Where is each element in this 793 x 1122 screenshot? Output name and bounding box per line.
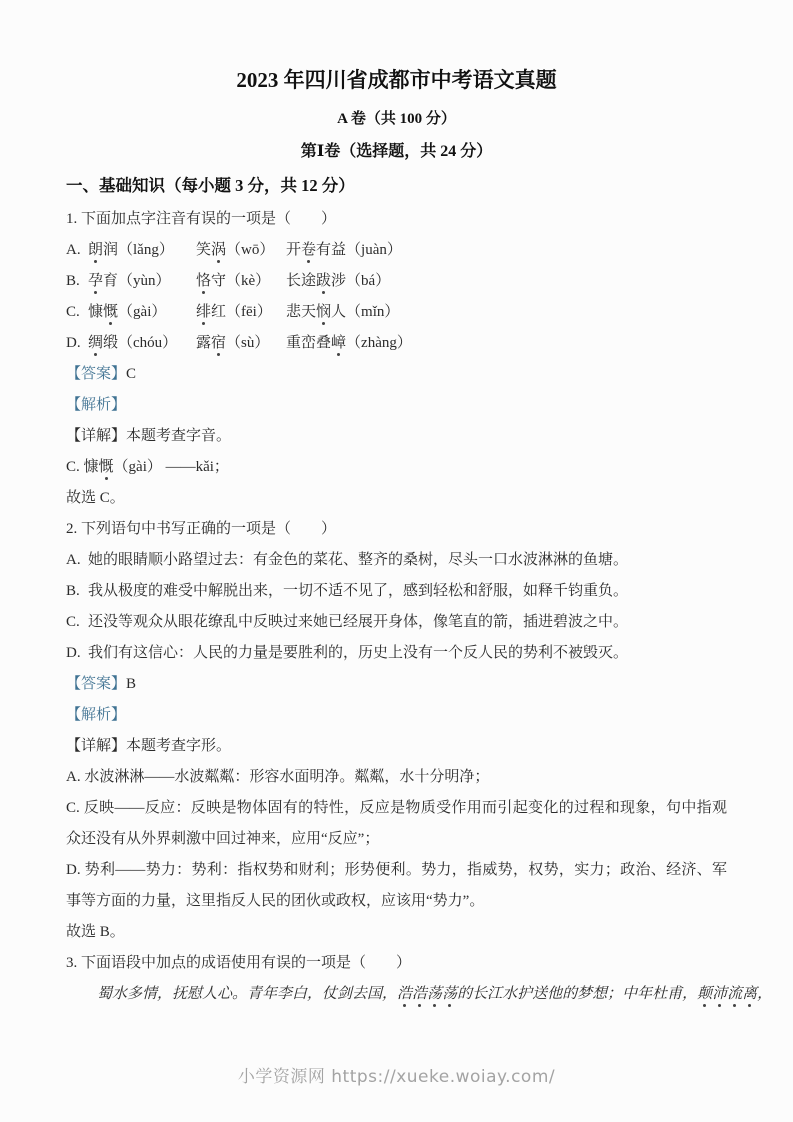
option-term: 慷慨（gài）	[88, 297, 196, 328]
q1-answer-line: 【答案】C	[66, 359, 727, 390]
option-text: 我们有这信心：人民的力量是要胜利的，历史上没有一个反人民的势利不被毁灭。	[88, 645, 628, 661]
footer-site-text: 小学资源网 https://xueke.woiay.com/	[238, 1067, 555, 1087]
answer-label: 【答案】	[66, 676, 126, 692]
option-term: 露宿（sù）	[196, 328, 286, 359]
q2-explanation-point: A. 水波淋淋——水波粼粼：形容水面明净。粼粼，水十分明净；	[66, 762, 727, 793]
option-term: 重峦叠嶂（zhàng）	[286, 335, 412, 351]
q2-conclusion: 故选 B。	[66, 917, 727, 948]
q3-stem: 3. 下面语段中加点的成语使用有误的一项是（ ）	[66, 948, 727, 979]
answer-value: B	[126, 676, 136, 692]
q1-stem: 1. 下面加点字注音有误的一项是（ ）	[66, 204, 727, 235]
q2-option-d: D.我们有这信心：人民的力量是要胜利的，历史上没有一个反人民的势利不被毁灭。	[66, 638, 727, 669]
option-label: A.	[66, 235, 88, 266]
q2-stem: 2. 下列语句中书写正确的一项是（ ）	[66, 514, 727, 545]
q3-passage: 蜀水多情，抚慰人心。青年李白，仗剑去国，浩浩荡荡的长江水护送他的梦想；中年杜甫，…	[66, 979, 727, 1010]
option-term: 孕育（yùn）	[88, 266, 196, 297]
q1-option-a: A.朗润（lǎng）笑涡（wō）开卷有益（juàn）	[66, 235, 727, 266]
option-term: 恪守（kè）	[196, 266, 286, 297]
option-term: 长途跋涉（bá）	[286, 273, 390, 289]
option-term: 悲天悯人（mǐn）	[286, 304, 399, 320]
section-heading: 一、基础知识（每小题 3 分，共 12 分）	[66, 174, 727, 198]
option-label: B.	[66, 266, 88, 297]
analysis-label: 【解析】	[66, 397, 126, 413]
answer-label: 【答案】	[66, 366, 126, 382]
option-label: C.	[66, 607, 88, 638]
q1-option-d: D.绸缎（chóu）露宿（sù）重峦叠嶂（zhàng）	[66, 328, 727, 359]
option-label: B.	[66, 576, 88, 607]
option-label: D.	[66, 328, 88, 359]
q2-analysis-line: 【解析】	[66, 700, 727, 731]
q2-option-a: A.她的眼睛顺小路望过去：有金色的菜花、整齐的桑树，尽头一口水波淋淋的鱼塘。	[66, 545, 727, 576]
q2-detail: 【详解】本题考查字形。	[66, 731, 727, 762]
document-page: 2023 年四川省成都市中考语文真题 A 卷（共 100 分） 第Ⅰ卷（选择题，…	[0, 0, 793, 1010]
volume-heading: A 卷（共 100 分）	[66, 108, 727, 130]
option-label: A.	[66, 545, 88, 576]
q1-explanation-point: C. 慷慨（gài） ——kǎi；	[66, 452, 727, 483]
q1-conclusion: 故选 C。	[66, 483, 727, 514]
option-term: 笑涡（wō）	[196, 235, 286, 266]
option-text: 还没等观众从眼花缭乱中反映过来她已经展开身体，像笔直的箭，插进碧波之中。	[88, 614, 628, 630]
option-label: D.	[66, 638, 88, 669]
answer-value: C	[126, 366, 136, 382]
option-term: 绯红（fēi）	[196, 297, 286, 328]
q2-option-c: C.还没等观众从眼花缭乱中反映过来她已经展开身体，像笔直的箭，插进碧波之中。	[66, 607, 727, 638]
q2-explanation-point: C. 反映——反应：反映是物体固有的特性，反应是物质受作用而引起变化的过程和现象…	[66, 793, 727, 855]
q1-detail: 【详解】本题考查字音。	[66, 421, 727, 452]
q1-analysis-line: 【解析】	[66, 390, 727, 421]
q2-answer-line: 【答案】B	[66, 669, 727, 700]
page-title: 2023 年四川省成都市中考语文真题	[66, 64, 727, 96]
option-text: 她的眼睛顺小路望过去：有金色的菜花、整齐的桑树，尽头一口水波淋淋的鱼塘。	[88, 552, 628, 568]
option-term: 朗润（lǎng）	[88, 235, 196, 266]
footer: 小学资源网 https://xueke.woiay.com/	[0, 1062, 793, 1087]
q2-option-b: B.我从极度的难受中解脱出来，一切不适不见了，感到轻松和舒服，如释千钧重负。	[66, 576, 727, 607]
option-text: 我从极度的难受中解脱出来，一切不适不见了，感到轻松和舒服，如释千钧重负。	[88, 583, 628, 599]
option-term: 绸缎（chóu）	[88, 328, 196, 359]
option-label: C.	[66, 297, 88, 328]
q1-option-c: C.慷慨（gài）绯红（fēi）悲天悯人（mǐn）	[66, 297, 727, 328]
q2-explanation-point: D. 势利——势力：势利：指权势和财利；形势便利。势力，指威势，权势，实力；政治…	[66, 855, 727, 917]
part-heading: 第Ⅰ卷（选择题，共 24 分）	[66, 140, 727, 164]
q1-option-b: B.孕育（yùn）恪守（kè）长途跋涉（bá）	[66, 266, 727, 297]
option-term: 开卷有益（juàn）	[286, 242, 402, 258]
analysis-label: 【解析】	[66, 707, 126, 723]
